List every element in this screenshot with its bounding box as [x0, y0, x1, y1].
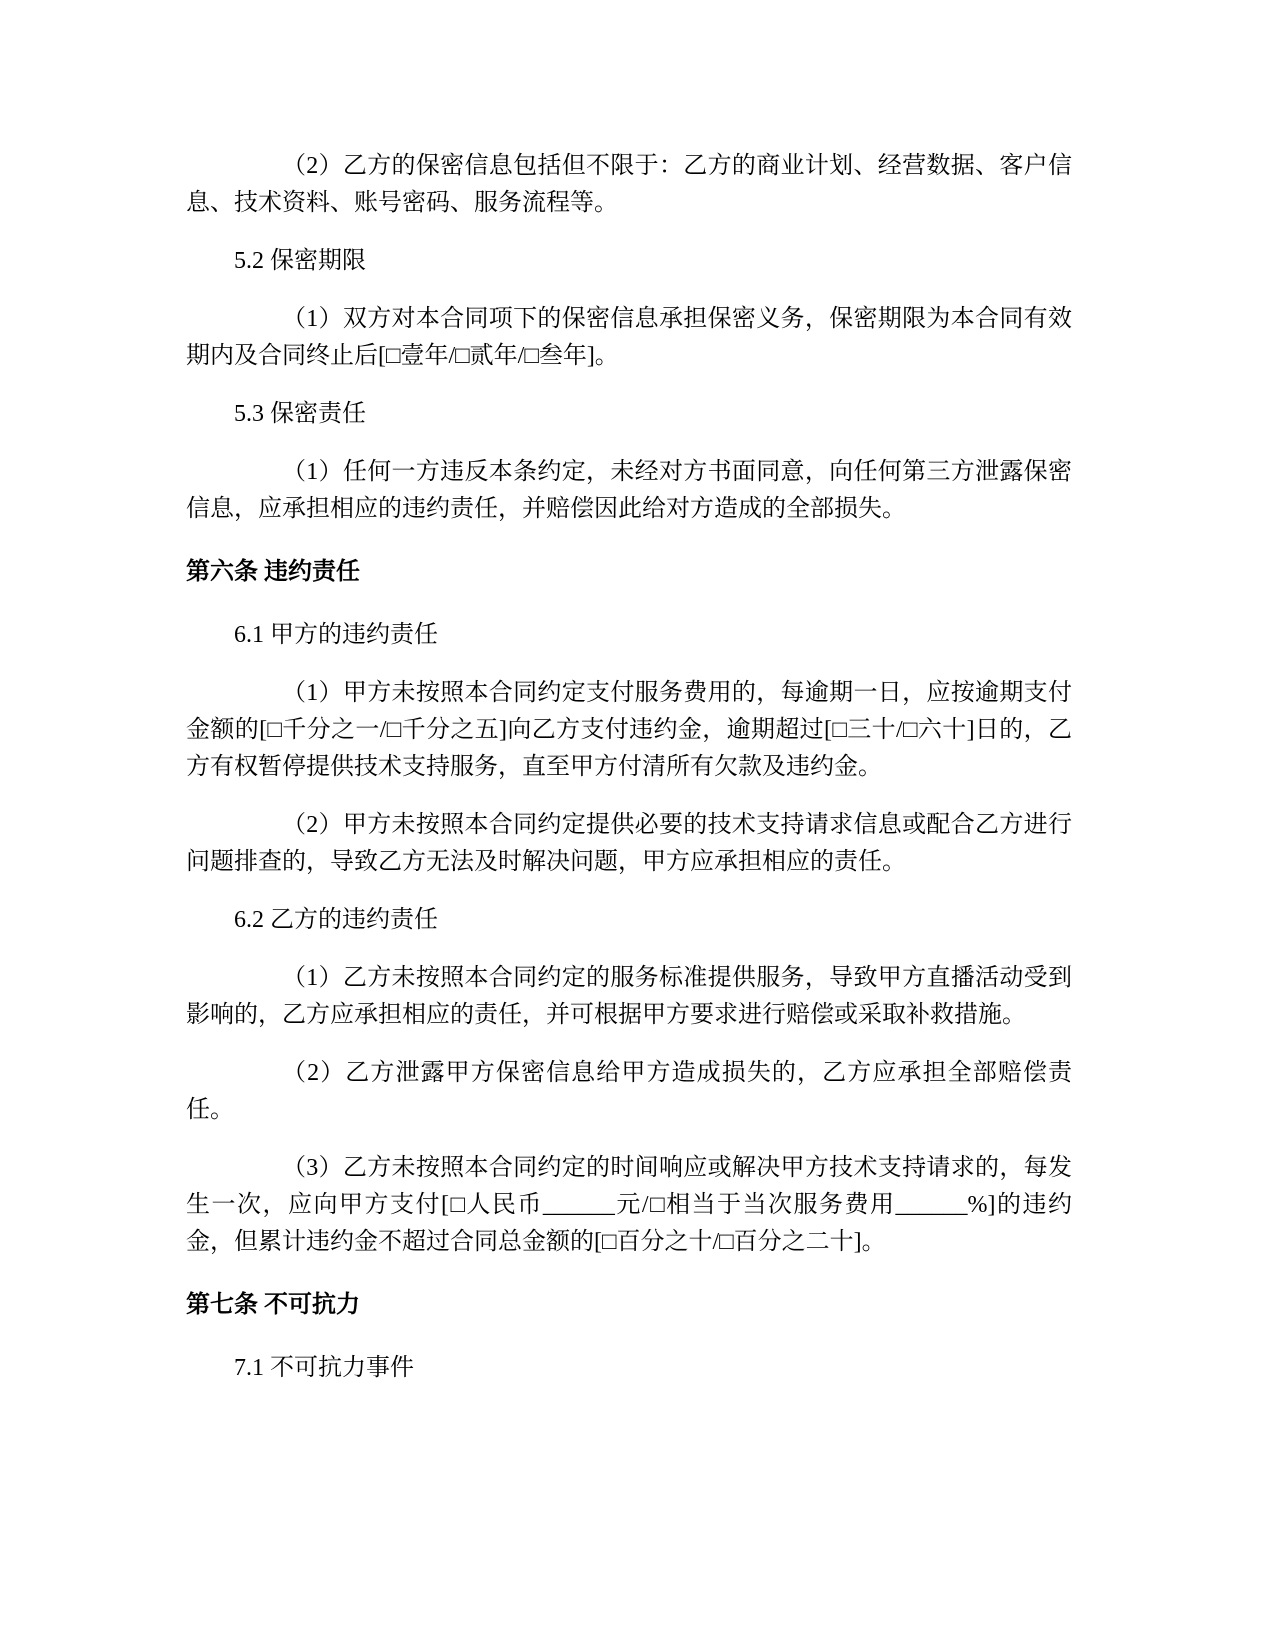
- section-heading-6-1: 6.1 甲方的违约责任: [186, 617, 1072, 654]
- clause-5-3-item-1: （1）任何一方违反本条约定，未经对方书面同意，向任何第三方泄露保密信息，应承担相…: [186, 454, 1072, 528]
- section-heading-6-2: 6.2 乙方的违约责任: [186, 902, 1072, 939]
- contract-page: （2）乙方的保密信息包括但不限于：乙方的商业计划、经营数据、客户信息、技术资料、…: [0, 0, 1275, 1650]
- clause-6-2-item-1: （1）乙方未按照本合同约定的服务标准提供服务，导致甲方直播活动受到影响的，乙方应…: [186, 960, 1072, 1034]
- clause-6-1-item-1: （1）甲方未按照本合同约定支付服务费用的，每逾期一日，应按逾期支付金额的[□千分…: [186, 675, 1072, 786]
- chapter-heading-6: 第六条 违约责任: [186, 554, 1072, 591]
- section-heading-5-2: 5.2 保密期限: [186, 243, 1072, 280]
- clause-5-2-item-1: （1）双方对本合同项下的保密信息承担保密义务，保密期限为本合同有效期内及合同终止…: [186, 301, 1072, 375]
- section-heading-7-1: 7.1 不可抗力事件: [186, 1350, 1072, 1387]
- clause-6-1-item-2: （2）甲方未按照本合同约定提供必要的技术支持请求信息或配合乙方进行问题排查的，导…: [186, 807, 1072, 881]
- clause-5-1-item-2: （2）乙方的保密信息包括但不限于：乙方的商业计划、经营数据、客户信息、技术资料、…: [186, 148, 1072, 222]
- section-heading-5-3: 5.3 保密责任: [186, 396, 1072, 433]
- chapter-heading-7: 第七条 不可抗力: [186, 1287, 1072, 1324]
- clause-6-2-item-2: （2）乙方泄露甲方保密信息给甲方造成损失的，乙方应承担全部赔偿责任。: [186, 1055, 1072, 1129]
- contract-body: （2）乙方的保密信息包括但不限于：乙方的商业计划、经营数据、客户信息、技术资料、…: [0, 0, 1275, 1387]
- clause-6-2-item-3: （3）乙方未按照本合同约定的时间响应或解决甲方技术支持请求的，每发生一次，应向甲…: [186, 1150, 1072, 1261]
